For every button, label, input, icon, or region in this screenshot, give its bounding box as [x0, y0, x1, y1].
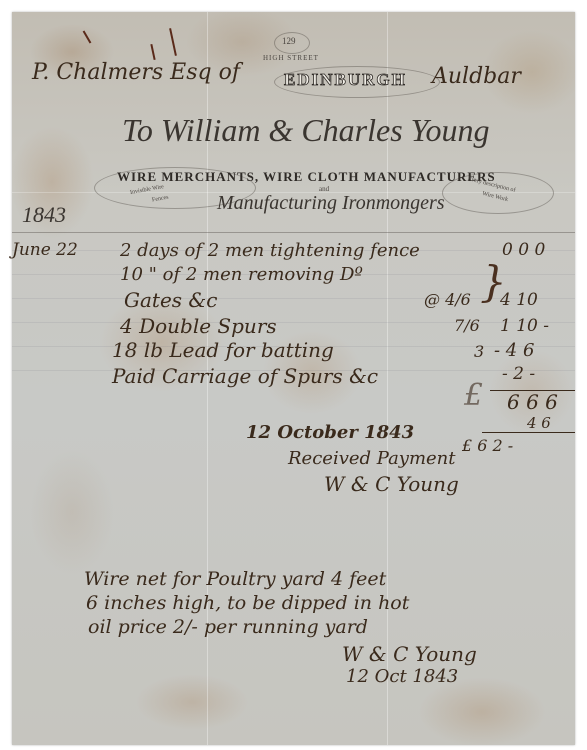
postscript-signature: W & C Young — [342, 642, 477, 666]
receipt-signature: W & C Young — [324, 472, 459, 496]
city-name: EDINBURGH — [284, 70, 407, 90]
postscript-line: Wire net for Poultry yard 4 feet — [84, 568, 386, 590]
header-rule — [12, 232, 575, 233]
line-item-amount: 1 10 - — [500, 316, 549, 336]
firm-name: To William & Charles Young — [122, 112, 490, 149]
postscript-line: oil price 2/- per running yard — [88, 616, 368, 638]
total-amount: 6 6 6 — [507, 390, 558, 414]
bracket: } — [480, 257, 507, 306]
addressee-estate: Auldbar — [432, 64, 521, 89]
received-payment: Received Payment — [288, 448, 456, 469]
line-item-description: Gates &c — [124, 288, 217, 312]
line-item-description: Paid Carriage of Spurs &c — [112, 364, 378, 388]
trade-line: WIRE MERCHANTS, WIRE CLOTH MANUFACTURERS — [117, 169, 496, 185]
ruled-line — [12, 322, 575, 323]
deduction-rule — [482, 432, 575, 433]
line-item-description: 2 days of 2 men tightening fence — [120, 240, 420, 261]
line-item-amount: 0 0 0 — [502, 240, 545, 260]
tally-mark — [150, 44, 155, 60]
line-item-rate: 3 — [474, 342, 484, 361]
postscript-date: 12 Oct 1843 — [346, 666, 458, 687]
deduction-amount: 4 6 — [527, 414, 551, 432]
trade-line-2: Manufacturing Ironmongers — [217, 192, 445, 215]
receipt-date: 12 October 1843 — [246, 422, 414, 443]
invoice-year: 1843 — [22, 202, 66, 228]
tally-mark — [83, 30, 92, 43]
invoice-paper: 129 HIGH STREET EDINBURGH P. Chalmers Es… — [12, 12, 575, 745]
line-item-rate: 7/6 — [454, 316, 480, 335]
line-item-date: June 22 — [12, 240, 78, 260]
line-item-description: 18 lb Lead for batting — [112, 338, 334, 362]
right-ribbon-oval — [442, 172, 554, 214]
street-name: HIGH STREET — [263, 54, 319, 62]
line-item-rate: @ 4/6 — [424, 290, 471, 309]
net-total: £ 6 2 - — [462, 436, 513, 455]
line-item-amount: - 4 6 — [494, 340, 534, 361]
line-item-description: 10 " of 2 men removing Dº — [120, 264, 363, 285]
pound-symbol: £ — [464, 378, 483, 413]
street-number: 129 — [282, 36, 296, 46]
line-item-description: 4 Double Spurs — [120, 314, 277, 338]
addressee-name: P. Chalmers Esq of — [32, 60, 240, 85]
postscript-line: 6 inches high, to be dipped in hot — [86, 592, 409, 614]
line-item-amount: - 2 - — [502, 364, 535, 384]
tally-mark — [169, 28, 177, 56]
